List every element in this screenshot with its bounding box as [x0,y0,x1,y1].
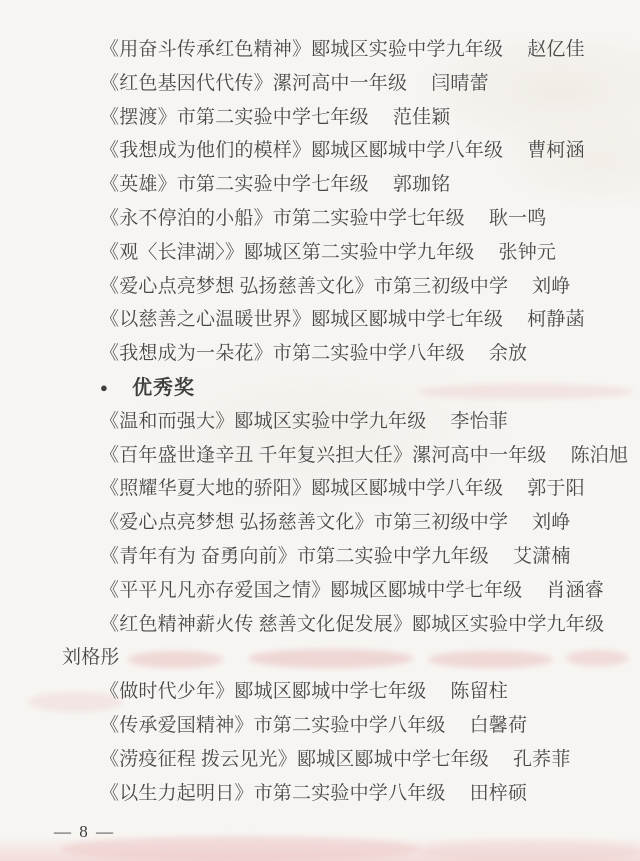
entry-title-school: 《红色基因代代传》漯河高中一年级 [100,73,407,94]
award-entry-row: 《以生力起明日》市第二实验中学八年级田梓硕 [0,777,640,811]
entry-author: 范佳颖 [393,107,451,128]
entry-title-school: 《观〈长津湖〉》郾城区第二实验中学九年级 [100,242,475,263]
entry-author: 田梓硕 [470,783,528,804]
entry-title-school: 《我想成为他们的模样》郾城区郾城中学八年级 [100,140,503,161]
entry-title-school: 刘格彤 [62,647,120,668]
entry-author: 赵亿佳 [527,39,585,60]
entry-title-school: 《平平凡凡亦存爱国之情》郾城区郾城中学七年级 [100,580,522,601]
entry-title-school: 《百年盛世逢辛丑 千年复兴担大任》漯河高中一年级 [100,445,547,466]
award-entry-row: 《青年有为 奋勇向前》市第二实验中学九年级艾潇楠 [0,540,640,574]
entry-author: 陈泊旭 [571,445,629,466]
entry-title-school: 《以慈善之心温暖世界》郾城区郾城中学七年级 [100,309,503,330]
entry-author: 艾潇楠 [513,546,571,567]
award-section-header: ●优秀奖 [0,371,640,405]
entry-title-school: 《爱心点亮梦想 弘扬慈善文化》市第三初级中学 [100,276,508,297]
entry-author: 郭于阳 [527,478,585,499]
award-entry-row: 《红色精神薪火传 慈善文化促发展》郾城区实验中学九年级 [0,608,640,642]
award-entry-row: 《涝疫征程 拨云见光》郾城区郾城中学七年级孔荞菲 [0,743,640,777]
entry-author: 肖涵睿 [546,580,604,601]
section-title: 优秀奖 [132,377,195,399]
entry-author: 孔荞菲 [513,749,571,770]
entry-author: 李怡菲 [450,411,508,432]
entry-author: 耿一鸣 [489,208,547,229]
award-entry-row: 《英雄》市第二实验中学七年级郭珈铭 [0,168,640,202]
entry-author: 白馨荷 [470,715,528,736]
entry-author: 柯静菡 [527,309,585,330]
scan-smudge [420,840,640,861]
entry-title-school: 《我想成为一朵花》市第二实验中学八年级 [100,343,465,364]
award-entry-row: 《平平凡凡亦存爱国之情》郾城区郾城中学七年级肖涵睿 [0,574,640,608]
entry-title-school: 《传承爱国精神》市第二实验中学八年级 [100,715,446,736]
entry-title-school: 《英雄》市第二实验中学七年级 [100,174,369,195]
award-entry-row: 《传承爱国精神》市第二实验中学八年级白馨荷 [0,709,640,743]
award-entry-row: 《百年盛世逢辛丑 千年复兴担大任》漯河高中一年级陈泊旭 [0,439,640,473]
entry-title-school: 《红色精神薪火传 慈善文化促发展》郾城区实验中学九年级 [100,614,604,635]
entry-author: 刘峥 [532,276,570,297]
entry-author: 余放 [489,343,527,364]
bullet-icon: ● [100,380,108,395]
entry-title-school: 《温和而强大》郾城区实验中学九年级 [100,411,426,432]
entry-title-school: 《做时代少年》郾城区郾城中学七年级 [100,681,426,702]
award-entry-row: 《我想成为他们的模样》郾城区郾城中学八年级曹柯涵 [0,134,640,168]
award-entry-row: 《摆渡》市第二实验中学七年级范佳颖 [0,101,640,135]
entry-title-school: 《涝疫征程 拨云见光》郾城区郾城中学七年级 [100,749,489,770]
award-entry-row: 《以慈善之心温暖世界》郾城区郾城中学七年级柯静菡 [0,303,640,337]
page-number: — 8 — [54,822,115,842]
award-entry-row: 《爱心点亮梦想 弘扬慈善文化》市第三初级中学刘峥 [0,270,640,304]
entry-title-school: 《以生力起明日》市第二实验中学八年级 [100,783,446,804]
award-entry-row: 《照耀华夏大地的骄阳》郾城区郾城中学八年级郭于阳 [0,472,640,506]
document-page: 《用奋斗传承红色精神》郾城区实验中学九年级赵亿佳《红色基因代代传》漯河高中一年级… [0,0,640,861]
entry-author: 曹柯涵 [527,140,585,161]
entry-title-school: 《青年有为 奋勇向前》市第二实验中学九年级 [100,546,489,567]
award-entry-row: 《用奋斗传承红色精神》郾城区实验中学九年级赵亿佳 [0,33,640,67]
award-entry-row: 《观〈长津湖〉》郾城区第二实验中学九年级张钟元 [0,236,640,270]
award-entry-row: 《温和而强大》郾城区实验中学九年级李怡菲 [0,405,640,439]
entry-title-school: 《用奋斗传承红色精神》郾城区实验中学九年级 [100,39,503,60]
entry-author: 郭珈铭 [393,174,451,195]
entry-author: 陈留柱 [450,681,508,702]
entry-continuation-row: 刘格彤 [0,641,640,675]
entry-title-school: 《摆渡》市第二实验中学七年级 [100,107,369,128]
award-entry-row: 《红色基因代代传》漯河高中一年级闫晴蕾 [0,67,640,101]
entry-title-school: 《爱心点亮梦想 弘扬慈善文化》市第三初级中学 [100,512,508,533]
entry-author: 刘峥 [532,512,570,533]
award-entry-row: 《做时代少年》郾城区郾城中学七年级陈留柱 [0,675,640,709]
award-entry-row: 《爱心点亮梦想 弘扬慈善文化》市第三初级中学刘峥 [0,506,640,540]
entry-author: 张钟元 [499,242,557,263]
entry-author: 闫晴蕾 [431,73,489,94]
award-list: 《用奋斗传承红色精神》郾城区实验中学九年级赵亿佳《红色基因代代传》漯河高中一年级… [0,33,640,810]
entry-title-school: 《永不停泊的小船》市第二实验中学七年级 [100,208,465,229]
award-entry-row: 《永不停泊的小船》市第二实验中学七年级耿一鸣 [0,202,640,236]
entry-title-school: 《照耀华夏大地的骄阳》郾城区郾城中学八年级 [100,478,503,499]
award-entry-row: 《我想成为一朵花》市第二实验中学八年级余放 [0,337,640,371]
